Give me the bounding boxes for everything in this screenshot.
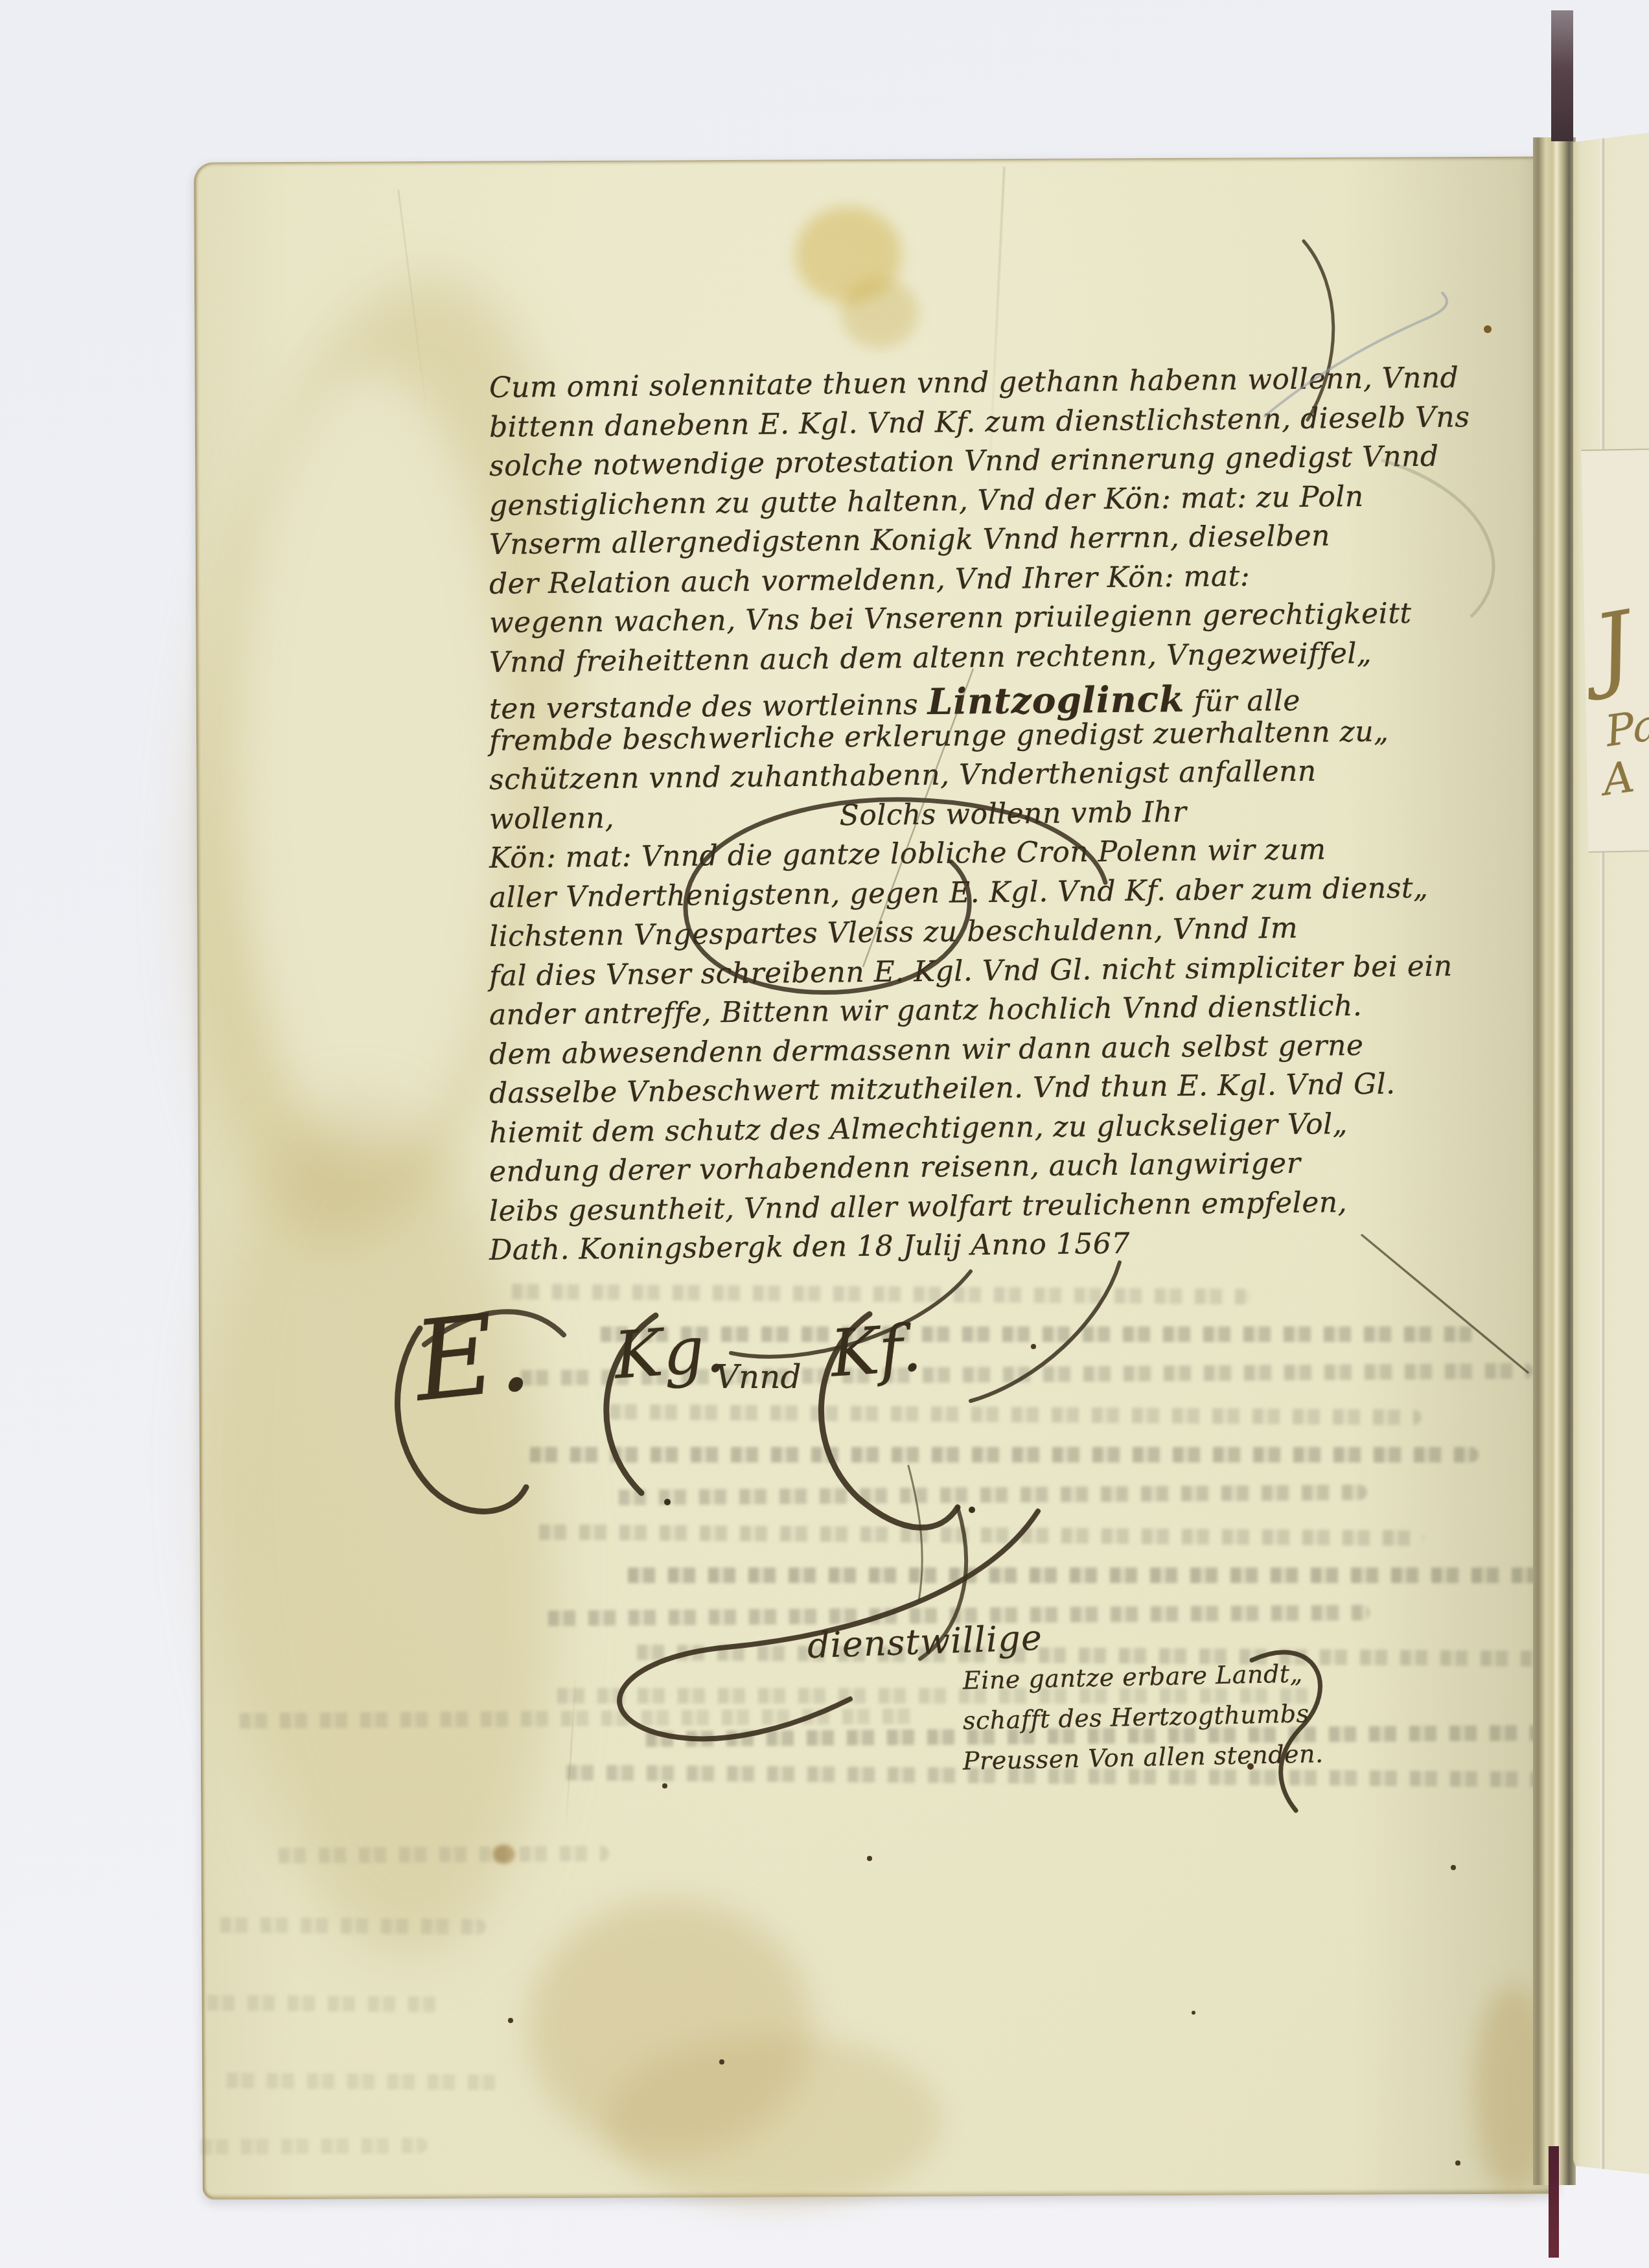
emphasized-word: Lintzoglinck (927, 678, 1184, 723)
adjacent-page: J Pa A (1573, 133, 1649, 2174)
water-stain (605, 2033, 943, 2210)
marginalia-fragment: A (1600, 752, 1637, 805)
bleedthrough-row (524, 1447, 1479, 1463)
bleedthrough-row (272, 1846, 609, 1864)
digitized-manuscript-photo: J Pa A Cum omni solennitate thuen vnnd g… (0, 0, 1649, 2268)
closing-word-vnnd: Vnnd (715, 1358, 801, 1396)
bleedthrough-row (220, 2072, 499, 2090)
manuscript-text-line: der Relation auch vormeldenn, Vnd Ihrer … (489, 559, 1251, 603)
closing-initial-kf: Kf. (828, 1310, 924, 1391)
date-line: Dath. Koningsbergk den 18 Julij Anno 156… (489, 1227, 1130, 1270)
bleedthrough-row (594, 1326, 1476, 1342)
closing-initial-kg: Kg. (612, 1310, 727, 1394)
bleedthrough-row (214, 1917, 486, 1935)
book-spine (1551, 10, 1573, 141)
binding-gutter (1533, 137, 1576, 2185)
page-edge-ridge (1600, 133, 1604, 2174)
marginalia-fragment: Pa (1602, 700, 1649, 756)
yellow-spot-stain (840, 277, 918, 349)
book-spine-red-edge (1549, 2146, 1559, 2258)
manuscript-text-line: ten verstande des wortleinns Lintzoglinc… (489, 677, 1300, 721)
closing-initial-e: E. (408, 1287, 536, 1427)
bleedthrough-row (194, 2138, 428, 2155)
bleedthrough-row (201, 1995, 447, 2013)
bleedthrough-row (621, 1568, 1649, 1583)
valediction-dienstwillige: dienstwillige (807, 1617, 1043, 1667)
manuscript-text-line: wollenn, Solchs wollenn vmb Ihr (489, 795, 1187, 839)
